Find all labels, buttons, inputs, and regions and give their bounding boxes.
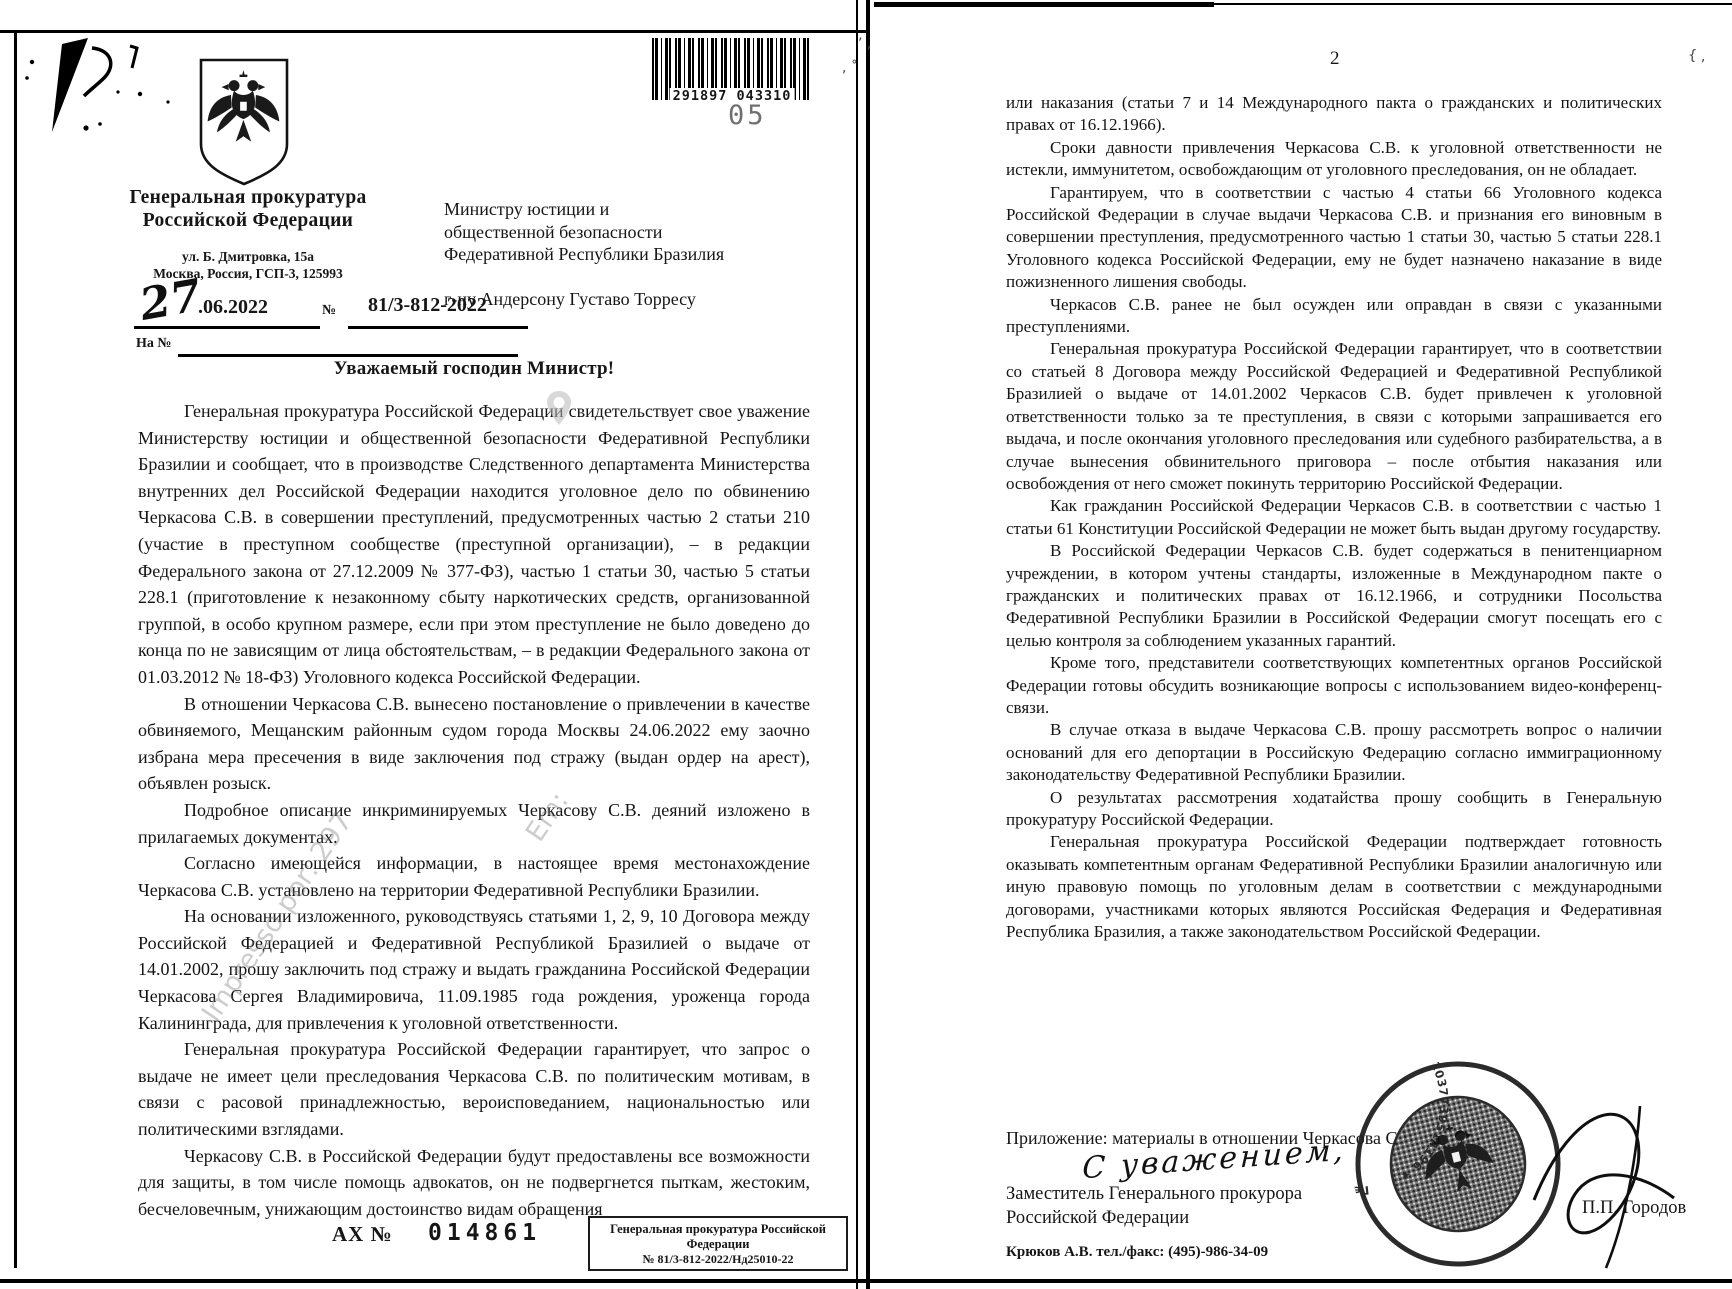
signer-title: Заместитель Генерального прокурора Росси… bbox=[1006, 1182, 1302, 1230]
reply-number-label: На № bbox=[136, 336, 171, 352]
scan-border-top-right-page-thin bbox=[1214, 3, 1732, 5]
reply-number-underline bbox=[178, 354, 518, 357]
number-underline bbox=[348, 326, 528, 329]
scan-border-middle-inner bbox=[856, 0, 858, 1289]
body-paragraph: Генеральная прокуратура Российской Федер… bbox=[1006, 338, 1662, 495]
letter-body-page2: или наказания (статьи 7 и 14 Международн… bbox=[1006, 92, 1662, 943]
recipient-line3: Федеративной Республики Бразилия bbox=[444, 243, 804, 266]
location-pin-icon bbox=[546, 390, 572, 426]
body-paragraph: Подробное описание инкриминируемых Черка… bbox=[138, 797, 810, 850]
body-paragraph: Генеральная прокуратура Российской Федер… bbox=[138, 398, 810, 691]
address-line1: ул. Б. Дмитровка, 15а bbox=[58, 248, 438, 265]
recipient-line4: г-ну Андерсону Густаво Торресу bbox=[444, 288, 804, 311]
body-paragraph: На основании изложенного, руководствуясь… bbox=[138, 903, 810, 1036]
body-paragraph: Черкасов С.В. ранее не был осужден или о… bbox=[1006, 294, 1662, 339]
scan-border-top-right-page bbox=[874, 2, 1214, 7]
scan-artifact-mark: ’ , bbox=[858, 36, 871, 52]
recipient-line1: Министру юстиции и bbox=[444, 198, 804, 221]
body-paragraph: Генеральная прокуратура Российской Федер… bbox=[138, 1036, 810, 1142]
recipient-line2: общественной безопасности bbox=[444, 221, 804, 244]
coat-of-arms-icon bbox=[196, 56, 292, 190]
scan-artifact-mark: , ˚ bbox=[842, 60, 858, 76]
org-name-line2: Российской Федерации bbox=[58, 209, 438, 232]
ax-series-number: 014861 bbox=[428, 1220, 541, 1246]
recipient-block: Министру юстиции и общественной безопасн… bbox=[444, 198, 804, 310]
body-paragraph: или наказания (статьи 7 и 14 Международн… bbox=[1006, 92, 1662, 137]
body-paragraph: Как гражданин Российской Федерации Черка… bbox=[1006, 495, 1662, 540]
body-paragraph: В отношении Черкасова С.В. вынесено пост… bbox=[138, 691, 810, 797]
scan-artifact-brace: { , bbox=[1687, 47, 1706, 65]
scan-border-left bbox=[14, 30, 17, 1268]
org-name-line1: Генеральная прокуратура bbox=[58, 186, 438, 209]
page-number: 2 bbox=[1330, 48, 1340, 70]
letterhead-address: ул. Б. Дмитровка, 15а Москва, Россия, ГС… bbox=[58, 248, 438, 282]
body-paragraph: В случае отказа в выдаче Черкасова С.В. … bbox=[1006, 719, 1662, 786]
registration-stamp-org: Генеральная прокуратура Российской Федер… bbox=[596, 1222, 840, 1252]
signer-title-line2: Российской Федерации bbox=[1006, 1206, 1302, 1230]
outgoing-number-label: № bbox=[322, 303, 336, 319]
body-paragraph: Генеральная прокуратура Российской Федер… bbox=[1006, 831, 1662, 943]
scan-border-middle bbox=[866, 0, 870, 1289]
body-paragraph: О результатах рассмотрения ходатайства п… bbox=[1006, 787, 1662, 832]
body-paragraph: Согласно имеющейся информации, в настоящ… bbox=[138, 850, 810, 903]
body-paragraph: Гарантируем, что в соответствии с частью… bbox=[1006, 182, 1662, 294]
body-paragraph: Черкасову С.В. в Российской Федерации бу… bbox=[138, 1143, 810, 1223]
registration-stamp-box: Генеральная прокуратура Российской Федер… bbox=[588, 1216, 848, 1271]
scanned-document: , ˚ ’ , { , Генеральная прокуратура Росс… bbox=[0, 0, 1732, 1289]
signature-icon bbox=[1518, 1072, 1698, 1272]
letterhead-org-name: Генеральная прокуратура Российской Федер… bbox=[58, 186, 438, 232]
salutation: Уважаемый господин Министр! bbox=[138, 358, 810, 380]
page-annotation-05: 05 bbox=[728, 100, 767, 131]
body-paragraph: Кроме того, представители соответствующи… bbox=[1006, 652, 1662, 719]
body-paragraph: В Российской Федерации Черкасов С.В. буд… bbox=[1006, 540, 1662, 652]
address-line2: Москва, Россия, ГСП-3, 125993 bbox=[58, 265, 438, 282]
letter-body-page1: Генеральная прокуратура Российской Федер… bbox=[138, 398, 810, 1222]
barcode: 291897 043310 bbox=[652, 38, 812, 100]
date-day-handwritten: 27 bbox=[136, 270, 205, 331]
ax-series-label: АХ № bbox=[332, 1222, 393, 1247]
date-underline bbox=[134, 326, 320, 329]
scan-artifact-corner bbox=[22, 32, 172, 152]
date-typed: .06.2022 bbox=[198, 296, 268, 319]
registration-stamp-number: № 81/3-812-2022/Нд25010-22 bbox=[596, 1252, 840, 1267]
signer-title-line1: Заместитель Генерального прокурора bbox=[1006, 1182, 1302, 1206]
scan-border-bottom bbox=[0, 1279, 1732, 1283]
body-paragraph: Сроки давности привлечения Черкасова С.В… bbox=[1006, 137, 1662, 182]
contact-line: Крюков А.В. тел./факс: (495)-986-34-09 bbox=[1006, 1244, 1268, 1261]
